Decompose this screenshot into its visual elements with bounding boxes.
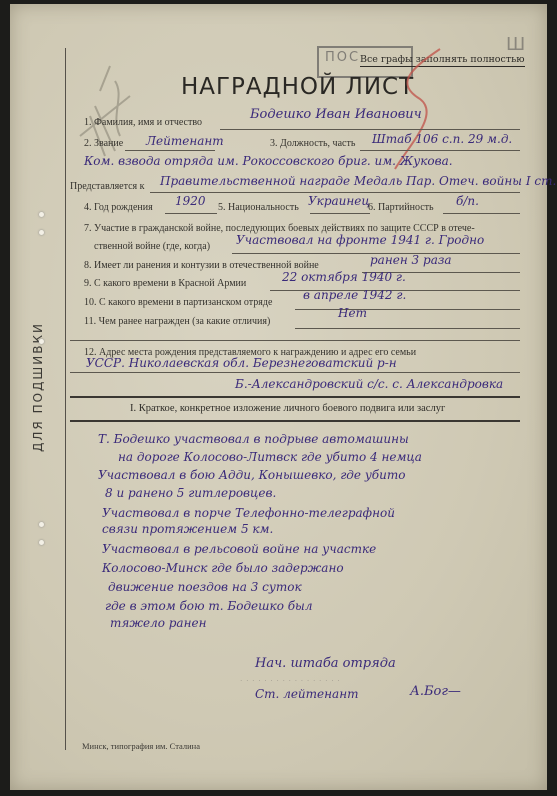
printer-imprint: Минск, типография им. Сталина [82,741,200,751]
narrative-line: связи протяжением 5 км. [102,522,273,536]
field-label-rank: 2. Звание [84,138,123,149]
field-value-birth-year: 1920 [175,194,206,208]
field-line [125,150,215,151]
field-value-prior-awards: Нет [338,306,367,320]
punch-hole [39,212,44,217]
section-divider [70,396,520,398]
narrative-line: Колосово-Минск где было задержано [102,561,344,575]
binding-label: ДЛЯ ПОДШИВКИ [26,322,50,452]
section-title: I. Краткое, конкретное изложение личного… [130,403,445,414]
field-value-rank: Лейтенант [146,134,224,148]
punch-hole [39,339,44,344]
field-value-wounds: ранен 3 раза [370,253,452,267]
field-label-army-since: 9. С какого времени в Красной Армии [84,278,246,289]
signature-rank: Ст. лейтенант [255,687,358,701]
stamp-text: ПОС [325,50,360,65]
document-title: НАГРАДНОЙ ЛИСТ [181,74,414,100]
signature-title: Нач. штаба отряда [255,656,396,671]
field-value-address-1: УССР. Николаевская обл. Березнеговатский… [86,356,397,370]
corner-pencil-mark: Ш [506,34,525,55]
narrative-line: 8 и ранено 5 гитлеровцев. [105,486,276,500]
field-line [360,150,520,151]
faint-stamp-text: · · · · · · · · · · · · · · · · · [240,677,341,685]
field-value-fullname: Бодешко Иван Иванович [250,107,422,122]
field-label-position: 3. Должность, часть [270,138,355,149]
field-value-address-2: Б.-Александровский с/с. с. Александровка [235,377,503,391]
divider-line [70,340,520,341]
field-line [295,309,520,310]
field-line [150,192,520,193]
narrative-line: на дороге Колосово-Литвск где убито 4 не… [118,450,422,464]
field-line [310,213,370,214]
narrative-line: Участвовал в рельсовой войне на участке [102,542,376,556]
award-sheet-page: ДЛЯ ПОДШИВКИ ПОС Все графы заполнять пол… [10,4,547,790]
narrative-line: Участвовал в порче Телефонно-телеграфной [102,506,395,520]
field-line [220,129,520,130]
section-divider [70,420,520,422]
narrative-line: где в этом бою т. Бодешко был [105,599,312,613]
field-line [443,213,520,214]
field-value-partisan-since: в апреле 1942 г. [303,288,406,302]
narrative-line: тяжело ранен [110,616,207,630]
field-label-partisan-since: 10. С какого времени в партизанском отря… [84,297,272,308]
field-value-position: Штаб 106 с.п. 29 м.д. [372,132,512,146]
narrative-line: Т. Бодешко участвовал в подрыве автомаши… [98,432,409,446]
binding-margin-line [65,48,66,750]
field-value-award: Правительственной награде Медаль Пар. От… [160,174,556,188]
punch-hole [39,540,44,545]
field-label-party: 6. Партийность [368,202,434,213]
field-value-participation: Участвовал на фронте 1941 г. Гродно [236,233,484,247]
field-line [165,213,217,214]
field-value-position-cont: Ком. взвода отряда им. Рокоссовского бри… [84,154,453,168]
field-label-fullname: 1. Фамилия, имя и отчество [84,117,202,128]
narrative-line: Участвовал в бою Адди, Конышевко, где уб… [98,468,405,482]
signature: А.Бог— [410,684,461,699]
field-line [295,328,520,329]
field-label-participation-2: ственной войне (где, когда) [94,241,210,252]
field-value-nationality: Украинец [308,194,370,208]
narrative-line: движение поездов на 3 суток [108,580,302,594]
field-label-nationality: 5. Национальность [218,202,299,213]
field-value-party: б/п. [456,194,479,208]
field-label-prior-awards: 11. Чем ранее награжден (за какие отличи… [84,316,270,327]
punch-hole [39,230,44,235]
field-label-award: Представляется к [70,181,145,192]
field-label-birth-year: 4. Год рождения [84,202,153,213]
punch-hole [39,522,44,527]
field-value-army-since: 22 октября 1940 г. [282,270,406,284]
field-line [70,372,520,373]
